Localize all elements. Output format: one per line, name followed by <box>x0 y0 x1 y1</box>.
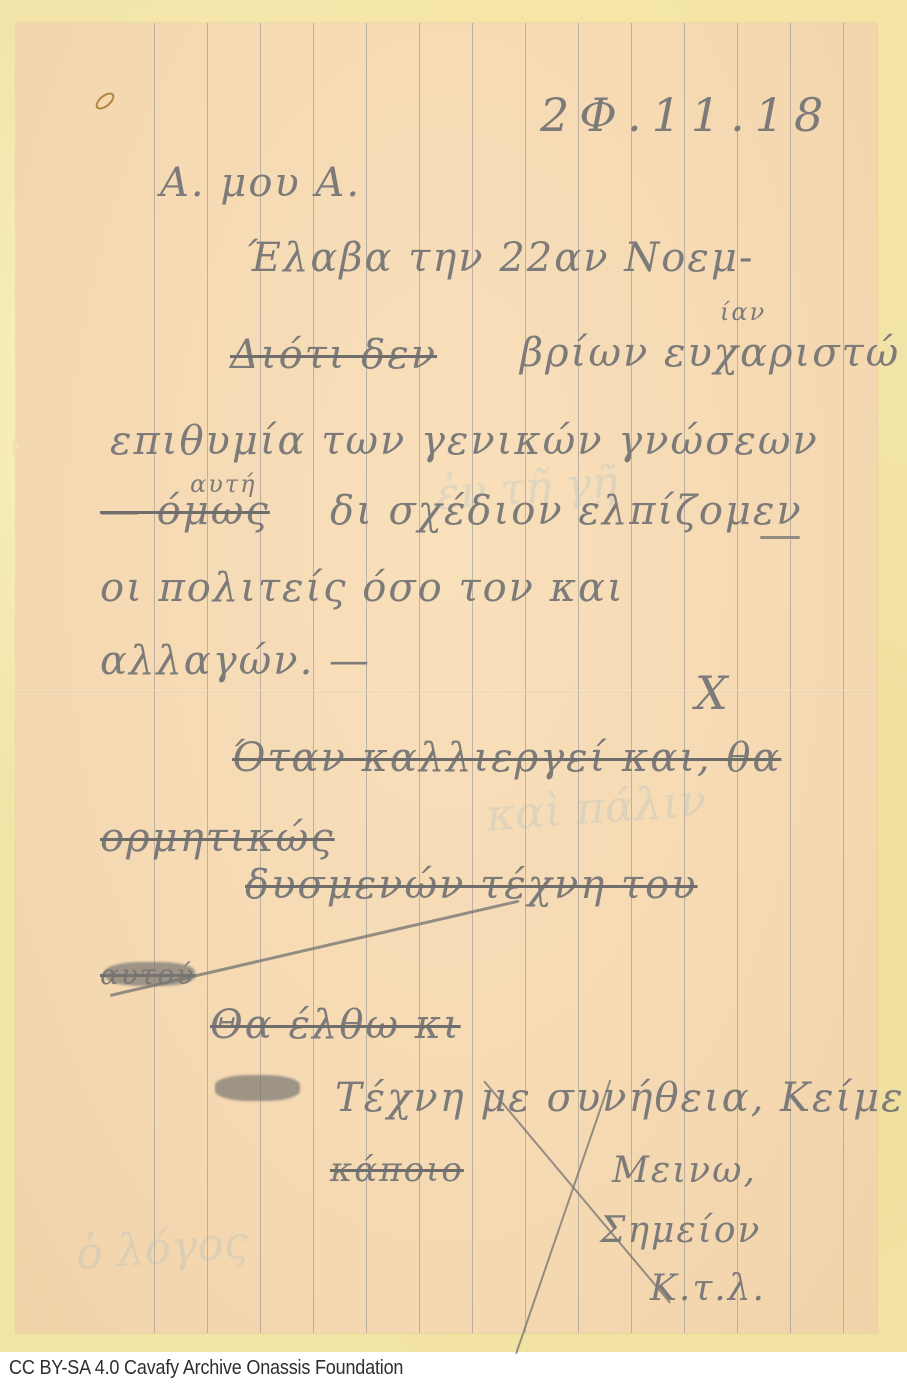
ruled-line <box>843 23 844 1333</box>
struck-line: δυσμενών τέχνη του <box>245 862 697 908</box>
handwritten-line: αλλαγών. — <box>100 638 371 684</box>
insertion-mark: X <box>695 666 730 720</box>
bleed-through-text: ὁ λόγος <box>74 1217 249 1280</box>
letter-date: 2Φ.11.18 <box>540 88 833 142</box>
ruled-line <box>419 23 420 1333</box>
struck-line: Θα έλθω κι <box>210 1002 461 1048</box>
handwritten-line: Σημείον <box>600 1210 761 1251</box>
pencil-scribble <box>105 962 195 986</box>
handwritten-line: Μεινω, <box>612 1150 757 1191</box>
handwritten-line: δι σχέδιον ελπίζομεν <box>330 488 803 534</box>
salutation: Α. μου Α. <box>160 160 361 206</box>
ruled-line <box>790 23 791 1333</box>
ink-stain <box>93 89 118 112</box>
closing-etc: Κ.τ.λ. <box>650 1268 766 1309</box>
handwritten-line: Έλαβα την 22αν Νοεμ- <box>245 235 754 281</box>
ruled-line <box>472 23 473 1333</box>
license-credit: CC BY-SA 4.0 Cavafy Archive Onassis Foun… <box>9 1357 403 1380</box>
struck-line: ορμητικώς <box>100 815 335 861</box>
handwritten-line: Τέχνη με συνήθεια, Κείμενον <box>335 1075 907 1121</box>
superscript-insertion: ίαν <box>720 298 766 326</box>
ruled-line <box>684 23 685 1333</box>
bleed-through-text: καὶ πάλιν <box>484 775 707 841</box>
ruled-line <box>631 23 632 1333</box>
fold-crease <box>16 690 877 692</box>
paper-tear <box>13 438 19 458</box>
handwritten-line: επιθυμία των γενικών γνώσεων <box>110 418 819 464</box>
overline-stroke <box>760 536 800 539</box>
ruled-line <box>737 23 738 1333</box>
pencil-scribble <box>215 1075 300 1101</box>
struck-line: — όμως <box>100 488 270 534</box>
ruled-line <box>525 23 526 1333</box>
handwritten-line: οι πολιτείς όσο τον και <box>100 565 625 611</box>
struck-line: κάποιο <box>330 1150 464 1190</box>
ruled-line <box>578 23 579 1333</box>
struck-line: Διότι δεν <box>230 332 437 378</box>
struck-line: Όταν καλλιεργεί και, θα <box>232 735 781 781</box>
handwritten-line: βρίων ευχαριστώ διά <box>520 330 907 376</box>
